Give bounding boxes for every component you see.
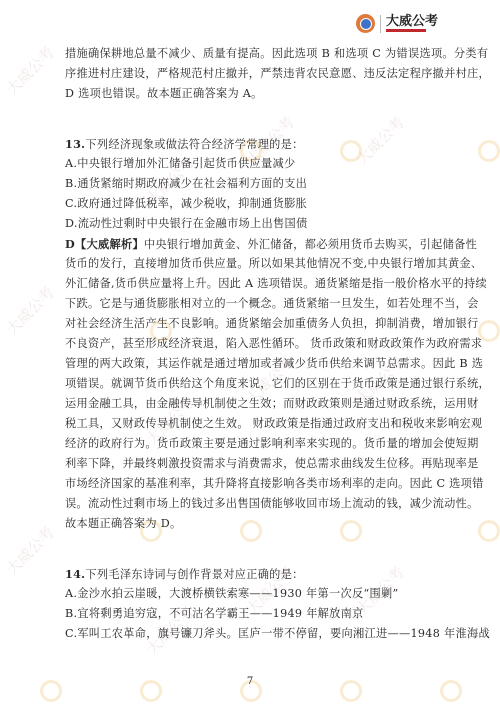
explanation-first-line: D【大威解析】中央银行增加黄金、外汇储备，都必须用货币去购买，引起储备性 [65, 234, 445, 254]
watermark-text: 大威公考 [1, 522, 58, 579]
question-text: 下列毛泽东诗词与创作背景对应正确的是： [85, 568, 303, 581]
watermark-text: 大威公考 [1, 282, 58, 339]
option-b: B.通货紧缩时期政府减少在社会福利方面的支出 [65, 174, 445, 194]
brand-underline [386, 29, 426, 32]
explanation-text: 中央银行增加黄金、外汇储备，都必须用货币去购买，引起储备性 [144, 238, 477, 251]
question-stem: 14.下列毛泽东诗词与创作背景对应正确的是： [65, 564, 445, 584]
page-number: 7 [0, 676, 500, 687]
previous-answer-tail: 措施确保耕地总量不减少、质量有提高。因此选项 B 和选项 C 为错误选项。分类有… [65, 44, 445, 104]
question-13: 13.下列经济现象或做法符合经济学常理的是： A.中央银行增加外汇储备引起货币供… [65, 134, 445, 534]
logo-divider [380, 15, 381, 33]
option-a: A.金沙水拍云崖暖，大渡桥横铁索寒——1930 年第一次反“围剿” [65, 584, 445, 604]
explanation-line: 管理的两大政策，其运作就是通过增加或者减少货币供给来调节总需求。因此 B 选 [65, 354, 445, 374]
explanation-line: 项错误。就调节货币供给这个角度来说，它们的区别在于货币政策是通过银行系统， [65, 374, 445, 394]
explanation-line: 运用金融工具，由金融传导机制使之生效；而财政政策则是通过财政系统，运用财 [65, 394, 445, 414]
option-c: C.军叫工农革命，旗号镰刀斧头。匡庐一带不停留，要向湘江进——1948 年淮海战 [65, 624, 445, 644]
explanation-line: 对社会经济生活产生不良影响。通货紧缩会加重债务人负担，抑制消费，增加银行 [65, 314, 445, 334]
text-line: 措施确保耕地总量不减少、质量有提高。因此选项 B 和选项 C 为错误选项。分类有 [65, 44, 445, 64]
header-logo: 大威公考 [356, 14, 438, 33]
question-number: 13. [65, 137, 85, 151]
explanation-line: 经济的政府行为。货币政策主要是通过影响利率来实现的。货币量的增加会使短期 [65, 434, 445, 454]
option-d: D.流动性过剩时中央银行在金融市场上出售国债 [65, 214, 445, 234]
explanation-line: 利率下降，并最终刺激投资需求与消费需求，使总需求曲线发生位移。再贴现率是 [65, 454, 445, 474]
watermark-seal-icon [478, 140, 500, 162]
text-line: D 选项也错误。故本题正确答案为 A。 [65, 84, 445, 104]
brand-seal-icon [356, 14, 375, 33]
question-stem: 13.下列经济现象或做法符合经济学常理的是： [65, 134, 445, 154]
question-14: 14.下列毛泽东诗词与创作背景对应正确的是： A.金沙水拍云崖暖，大渡桥横铁索寒… [65, 564, 445, 644]
brand-name: 大威公考 [386, 15, 438, 28]
option-a: A.中央银行增加外汇储备引起货币供应量减少 [65, 154, 445, 174]
question-number: 14. [65, 567, 85, 581]
explanation-line: 外汇储备,货币供应量将上升。因此 A 选项错误。通货紧缩是指一般价格水平的持续 [65, 274, 445, 294]
option-b: B.宜将剩勇追穷寇，不可沽名学霸王——1949 年解放南京 [65, 604, 445, 624]
answer-key: D【大威解析】 [65, 237, 144, 251]
explanation-line: 市场经济国家的基准利率，其升降将直接影响各类市场利率的走向。因此 C 选项错 [65, 474, 445, 494]
watermark-text: 大威公考 [1, 42, 58, 99]
explanation-line: 下跌。它是与通货膨胀相对立的一个概念。通货紧缩一旦发生，如若处理不当，会 [65, 294, 445, 314]
explanation-line: 不良资产，甚至形成经济衰退，陷入恶性循环。 货币政策和财政政策作为政府需求 [65, 334, 445, 354]
watermark-seal-icon [478, 520, 500, 542]
explanation-line: 误。流动性过剩市场上的钱过多出售国债能够收回市场上流动的钱，减少流动性。 [65, 494, 445, 514]
explanation-line: 税工具，又财政传导机制使之生效。 财政政策是指通过政府支出和税收来影响宏观 [65, 414, 445, 434]
question-text: 下列经济现象或做法符合经济学常理的是： [85, 138, 303, 151]
explanation-line: 货币的发行，直接增加货币供应量。所以如果其他情况不变,中央银行增加其黄金、 [65, 254, 445, 274]
explanation-conclusion: 故本题正确答案为 D。 [65, 514, 445, 534]
option-c: C.政府通过降低税率，减少税收，抑制通货膨胀 [65, 194, 445, 214]
document-body: 措施确保耕地总量不减少、质量有提高。因此选项 B 和选项 C 为错误选项。分类有… [65, 44, 445, 644]
text-line: 序推进村庄建设，严格规范村庄撤并，严禁违背农民意愿、违反法定程序撤并村庄， [65, 64, 445, 84]
